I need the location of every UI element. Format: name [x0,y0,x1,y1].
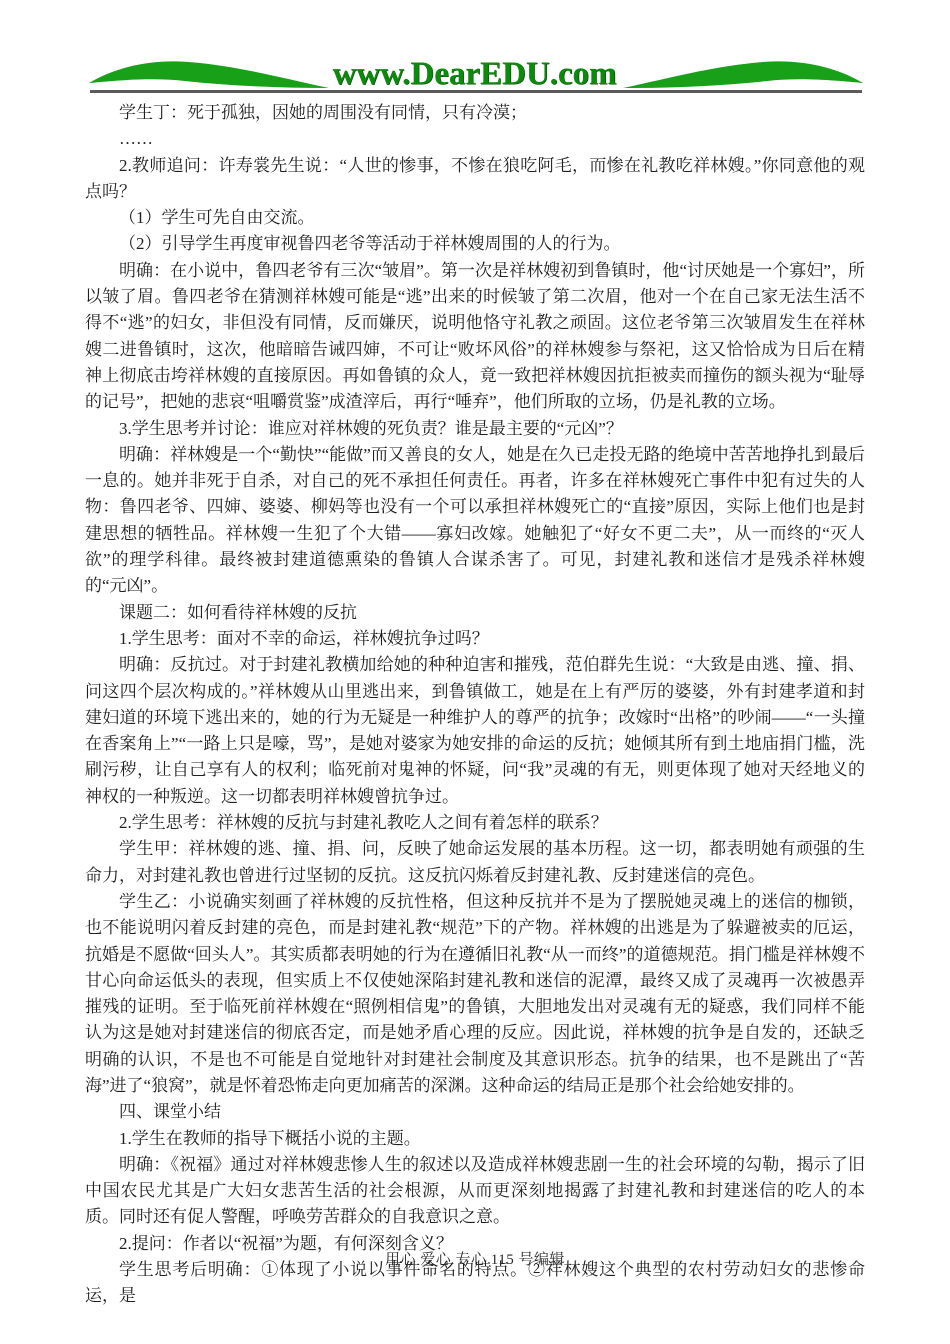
paragraph: （2）引导学生再度审视鲁四老爷等活动于祥林嫂周围的人的行为。 [85,231,865,257]
page-footer: 用心 爱心 专心 115 号编辑 [0,1248,950,1269]
swoosh-right-icon [622,57,864,93]
paragraph: 1.学生在教师的指导下概括小说的主题。 [85,1126,865,1152]
paragraph: （1）学生可先自由交流。 [85,205,865,231]
paragraph: 学生乙：小说确实刻画了祥林嫂的反抗性格，但这种反抗并不是为了摆脱她灵魂上的迷信的… [85,889,865,1099]
document-body: 学生丁：死于孤独，因她的周围没有同情，只有冷漠；……2.教师追问：许寿裳先生说：… [85,100,865,1310]
page-header: www.DearEDU.com [0,0,950,104]
paragraph: 明确：在小说中，鲁四老爷有三次“皱眉”。第一次是祥林嫂初到鲁镇时，他“讨厌她是一… [85,258,865,416]
paragraph: 学生丁：死于孤独，因她的周围没有同情，只有冷漠； [85,100,865,126]
paragraph: 课题二：如何看待祥林嫂的反抗 [85,600,865,626]
header-divider [90,90,862,93]
paragraph: 明确：祥林嫂是一个“勤快”“能做”而又善良的女人，她是在久已走投无路的绝境中苦苦… [85,442,865,600]
paragraph: 1.学生思考：面对不幸的命运，祥林嫂抗争过吗？ [85,626,865,652]
document-page: www.DearEDU.com 学生丁：死于孤独，因她的周围没有同情，只有冷漠；… [0,0,950,1344]
paragraph: …… [85,126,865,152]
paragraph: 2.学生思考：祥林嫂的反抗与封建礼教吃人之间有着怎样的联系？ [85,810,865,836]
site-logo: www.DearEDU.com [322,56,627,92]
paragraph: 学生甲：祥林嫂的逃、撞、捐、问，反映了她命运发展的基本历程。这一切，都表明她有顽… [85,836,865,889]
paragraph: 明确：《祝福》通过对祥林嫂悲惨人生的叙述以及造成祥林嫂悲剧一生的社会环境的勾勒，… [85,1152,865,1231]
paragraph: 明确：反抗过。对于封建礼教横加给她的种种迫害和摧残，范伯群先生说：“大致是由逃、… [85,652,865,810]
swoosh-left-icon [88,57,330,93]
paragraph: 2.教师追问：许寿裳先生说：“人世的惨事，不惨在狼吃阿毛，而惨在礼教吃祥林嫂。”… [85,153,865,206]
paragraph: 3.学生思考并讨论：谁应对祥林嫂的死负责？谁是最主要的“元凶”？ [85,416,865,442]
paragraph: 四、课堂小结 [85,1099,865,1125]
